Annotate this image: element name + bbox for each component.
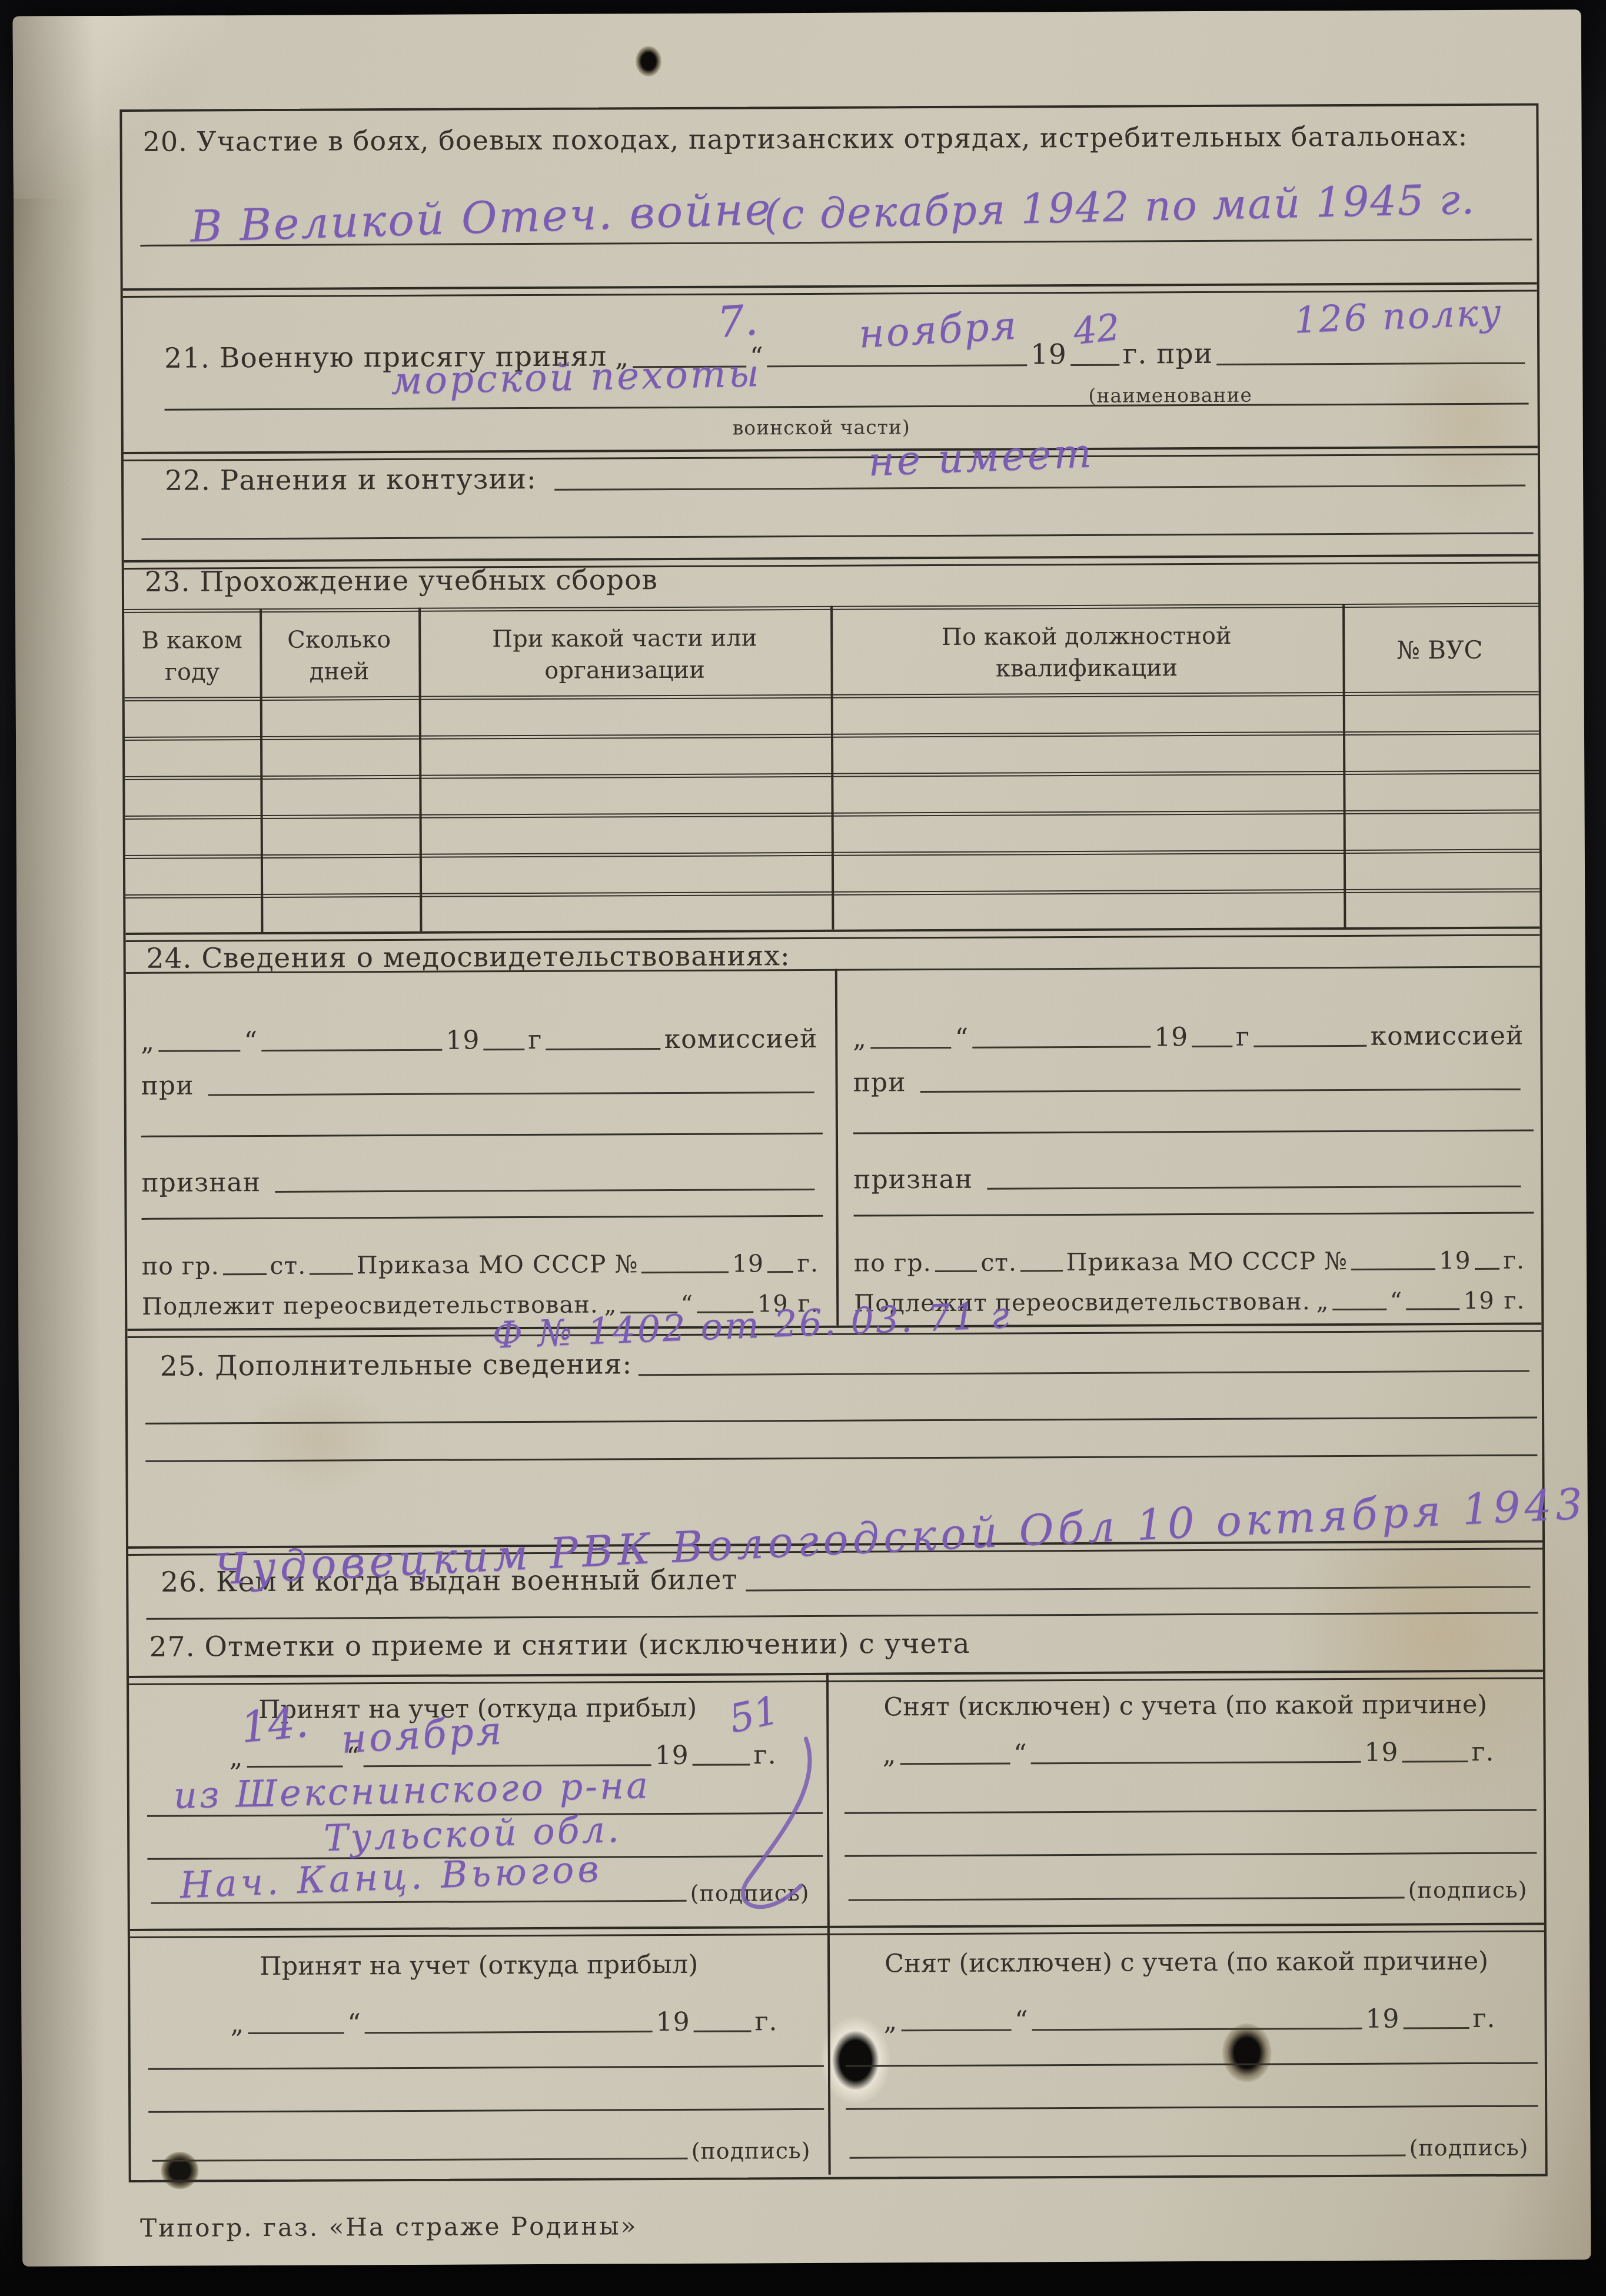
- po-gr-label: по гр.: [854, 1249, 932, 1277]
- section-23-title: 23. Прохождение учебных сборов: [145, 564, 658, 598]
- priznan-label: признан: [853, 1164, 973, 1195]
- fill-line: [641, 1270, 729, 1274]
- paper-hole: [636, 46, 661, 76]
- fill-line: [987, 1184, 1521, 1190]
- fill-line: [248, 2031, 344, 2034]
- write-line: [844, 1809, 1537, 1814]
- scan-background: 20. Участие в боях, боевых походах, парт…: [0, 0, 1606, 2296]
- close-quote: “: [1013, 1739, 1028, 1769]
- fill-line: [849, 1896, 1405, 1901]
- fill-line: [261, 1048, 442, 1051]
- fill-line: [310, 1272, 353, 1275]
- pri-label: при: [141, 1071, 194, 1101]
- fill-line: [223, 1272, 267, 1275]
- handwriting-s27-month: ноября: [340, 1708, 505, 1762]
- write-line: [844, 1852, 1537, 1857]
- handwriting-s21-year: 42: [1071, 305, 1122, 353]
- caption-voinskoy-chasti: воинской части): [733, 415, 910, 439]
- handwriting-s27-day: 14.: [239, 1697, 311, 1752]
- fill-line: [900, 1761, 1010, 1765]
- g-label: г.: [754, 2006, 777, 2037]
- prikaz-label: Приказа МО СССР №: [1066, 1247, 1348, 1276]
- fill-line: [1474, 1267, 1499, 1270]
- year-19: 19: [1030, 338, 1067, 371]
- handwriting-s21-day: 7.: [716, 295, 760, 347]
- section-22-row: 22. Ранения и контузии:: [165, 459, 1529, 497]
- fill-line: [694, 2029, 752, 2032]
- section-27-title: 27. Отметки о приеме и снятии (исключени…: [149, 1628, 970, 1663]
- fill-line: [1253, 1044, 1367, 1047]
- g-label: г.: [1472, 2004, 1495, 2034]
- fill-line: [767, 1270, 793, 1273]
- write-line: [141, 1133, 823, 1137]
- med-right-order-row: по гр. ст. Приказа МО СССР № 19 г.: [854, 1246, 1525, 1277]
- po-gr-label: по гр.: [142, 1252, 220, 1280]
- fill-line: [638, 1369, 1529, 1376]
- fill-line: [1403, 2026, 1469, 2029]
- priznan-label: признан: [141, 1167, 261, 1198]
- signature-caption: (подпись): [1408, 1877, 1528, 1904]
- handwriting-s22: не имеет: [867, 430, 1095, 485]
- write-line: [145, 1417, 1537, 1425]
- fill-line: [1216, 361, 1525, 365]
- fill-line: [870, 1046, 952, 1049]
- write-line: [142, 1215, 823, 1220]
- fill-line: [554, 484, 1525, 491]
- year-19: 19: [1154, 1022, 1188, 1052]
- year-19: 19: [1464, 1287, 1495, 1315]
- signature-caption: (подпись): [691, 2138, 811, 2164]
- fill-line: [901, 2028, 1011, 2031]
- med-right-date-row: „ “ 19 г комиссией: [853, 1021, 1524, 1054]
- year-19: 19: [732, 1249, 764, 1277]
- pri-label: при: [853, 1067, 906, 1097]
- write-line: [147, 1612, 1538, 1620]
- removed-header: Снят (исключен) с учета (по какой причин…: [844, 1690, 1527, 1722]
- g-label: г.: [797, 1249, 819, 1277]
- med-left-pri-row: при: [141, 1068, 817, 1101]
- open-quote: „: [1316, 1288, 1329, 1315]
- table-23-header-qual: По какой должностной квалификации: [854, 620, 1319, 685]
- handwriting-s21-unit1: 126 полку: [1294, 291, 1504, 342]
- write-line: [142, 533, 1534, 540]
- fill-line: [935, 1269, 977, 1272]
- removed-sign-row: (подпись): [845, 1877, 1528, 1906]
- fill-line: [1351, 1267, 1435, 1270]
- fill-line: [275, 1187, 814, 1193]
- handwriting-s21-month: ноября: [857, 302, 1019, 357]
- table-23-header-unit: При какой части или организации: [430, 622, 819, 687]
- handwriting-s20-part2: (с декабря 1942 по май 1945 г.: [763, 175, 1476, 238]
- fill-line: [151, 1899, 687, 1904]
- removed-sign-row-2: (подпись): [846, 2135, 1528, 2164]
- g-label: г: [528, 1025, 542, 1055]
- write-line: [148, 2108, 824, 2113]
- open-quote: „: [882, 1739, 896, 1769]
- table-23-vline: [260, 608, 263, 932]
- fill-line: [1070, 363, 1119, 366]
- write-line: [148, 2065, 824, 2070]
- year-19: 19: [1365, 2004, 1399, 2034]
- write-line: [853, 1130, 1534, 1134]
- section-divider: [124, 446, 1538, 461]
- close-quote: “: [1015, 2005, 1029, 2035]
- g-label: г.: [1503, 1246, 1525, 1275]
- med-left-order-row: по гр. ст. Приказа МО СССР № 19 г.: [142, 1249, 819, 1280]
- table-23-vline: [418, 608, 422, 931]
- write-line: [165, 403, 1529, 411]
- open-quote: „: [141, 1027, 155, 1057]
- close-quote: “: [347, 2008, 361, 2038]
- form-frame: 20. Участие в боях, боевых походах, парт…: [119, 104, 1547, 2182]
- signature-caption: (подпись): [1409, 2135, 1529, 2161]
- fill-line: [1192, 1044, 1232, 1047]
- g-label: г: [1236, 1022, 1250, 1052]
- section-22-title: 22. Ранения и контузии:: [165, 463, 537, 497]
- med-right-priznan-row: признан: [853, 1162, 1524, 1195]
- removed-date-row: „ “ 19 г.: [882, 1737, 1494, 1770]
- handwriting-s21-unit2: морской пехоты: [391, 352, 762, 404]
- fill-line: [208, 1090, 814, 1096]
- open-quote: „: [230, 2009, 244, 2039]
- fill-line: [483, 1047, 524, 1050]
- year-19: 19: [656, 2007, 690, 2037]
- fill-line: [1332, 1307, 1386, 1310]
- med-left-date-row: „ “ 19 г комиссией: [141, 1024, 817, 1057]
- fill-line: [546, 1047, 661, 1050]
- write-line: [846, 2105, 1538, 2110]
- commission-label: комиссией: [1371, 1021, 1524, 1051]
- fill-line: [1032, 2027, 1362, 2031]
- g-pri: г. при: [1123, 338, 1213, 371]
- accepted-header: Принят на учет (откуда прибыл): [148, 1949, 810, 1982]
- fill-line: [1402, 1759, 1468, 1762]
- table-23-header-year: В каком году: [127, 624, 257, 688]
- fill-line: [746, 1585, 1530, 1592]
- med-right-pri-row: при: [853, 1065, 1524, 1098]
- fill-line: [1406, 1307, 1459, 1310]
- document-paper: 20. Участие в боях, боевых походах, парт…: [13, 9, 1591, 2267]
- year-19: 19: [1439, 1246, 1471, 1275]
- fill-line: [767, 363, 1027, 367]
- commission-label: комиссией: [664, 1024, 818, 1054]
- fill-line: [158, 1049, 241, 1052]
- table-23-vline: [830, 606, 834, 930]
- write-line: [854, 1212, 1534, 1217]
- write-line: [145, 1455, 1537, 1462]
- year-19: 19: [1364, 1738, 1398, 1768]
- fill-line: [152, 2157, 688, 2162]
- open-quote: „: [883, 2006, 897, 2036]
- g-label: г.: [1504, 1287, 1525, 1315]
- fill-line: [1020, 1269, 1063, 1272]
- open-quote: „: [853, 1024, 867, 1054]
- table-23-header-days: Сколько дней: [265, 624, 413, 688]
- fill-line: [1031, 1760, 1361, 1764]
- print-shop-imprint: Типогр. газ. «На страже Родины»: [140, 2211, 638, 2242]
- section-20-title: 20. Участие в боях, боевых походах, парт…: [142, 120, 1519, 158]
- fill-line: [365, 2029, 653, 2034]
- removed-header: Снят (исключен) с учета (по какой причин…: [845, 1946, 1528, 1979]
- section-24-divider: [835, 969, 839, 1326]
- section-25-row: 25. Дополнительные сведения:: [160, 1345, 1533, 1383]
- prikaz-label: Приказа МО СССР №: [357, 1250, 639, 1279]
- section-divider: [123, 282, 1537, 298]
- year-19: 19: [445, 1025, 480, 1055]
- accepted-sign-row-2: (подпись): [148, 2138, 810, 2167]
- fill-line: [920, 1087, 1520, 1093]
- table-27-top: [129, 1670, 1543, 1685]
- close-quote: “: [955, 1023, 969, 1053]
- removed-date-row-2: „ “ 19 г.: [883, 2004, 1495, 2037]
- fill-line: [972, 1044, 1151, 1048]
- med-left-priznan-row: признан: [141, 1165, 818, 1198]
- g-label: г.: [1471, 1737, 1494, 1767]
- close-quote: “: [1390, 1288, 1403, 1315]
- paper-left-shadow: [13, 16, 105, 2267]
- section-21-row: 21. Военную присягу принял „ “ 19 г. при: [164, 337, 1528, 375]
- fill-line: [247, 1764, 343, 1768]
- accepted-date-row-2: „ “ 19 г.: [230, 2006, 777, 2039]
- write-line: [846, 2062, 1538, 2067]
- st-label: ст.: [980, 1248, 1017, 1276]
- table-23-header-vus: № ВУС: [1345, 635, 1534, 665]
- fill-line: [850, 2154, 1406, 2159]
- st-label: ст.: [270, 1252, 306, 1280]
- signature-flourish: [629, 1732, 877, 1934]
- close-quote: “: [244, 1026, 258, 1056]
- open-quote: „: [229, 1742, 243, 1772]
